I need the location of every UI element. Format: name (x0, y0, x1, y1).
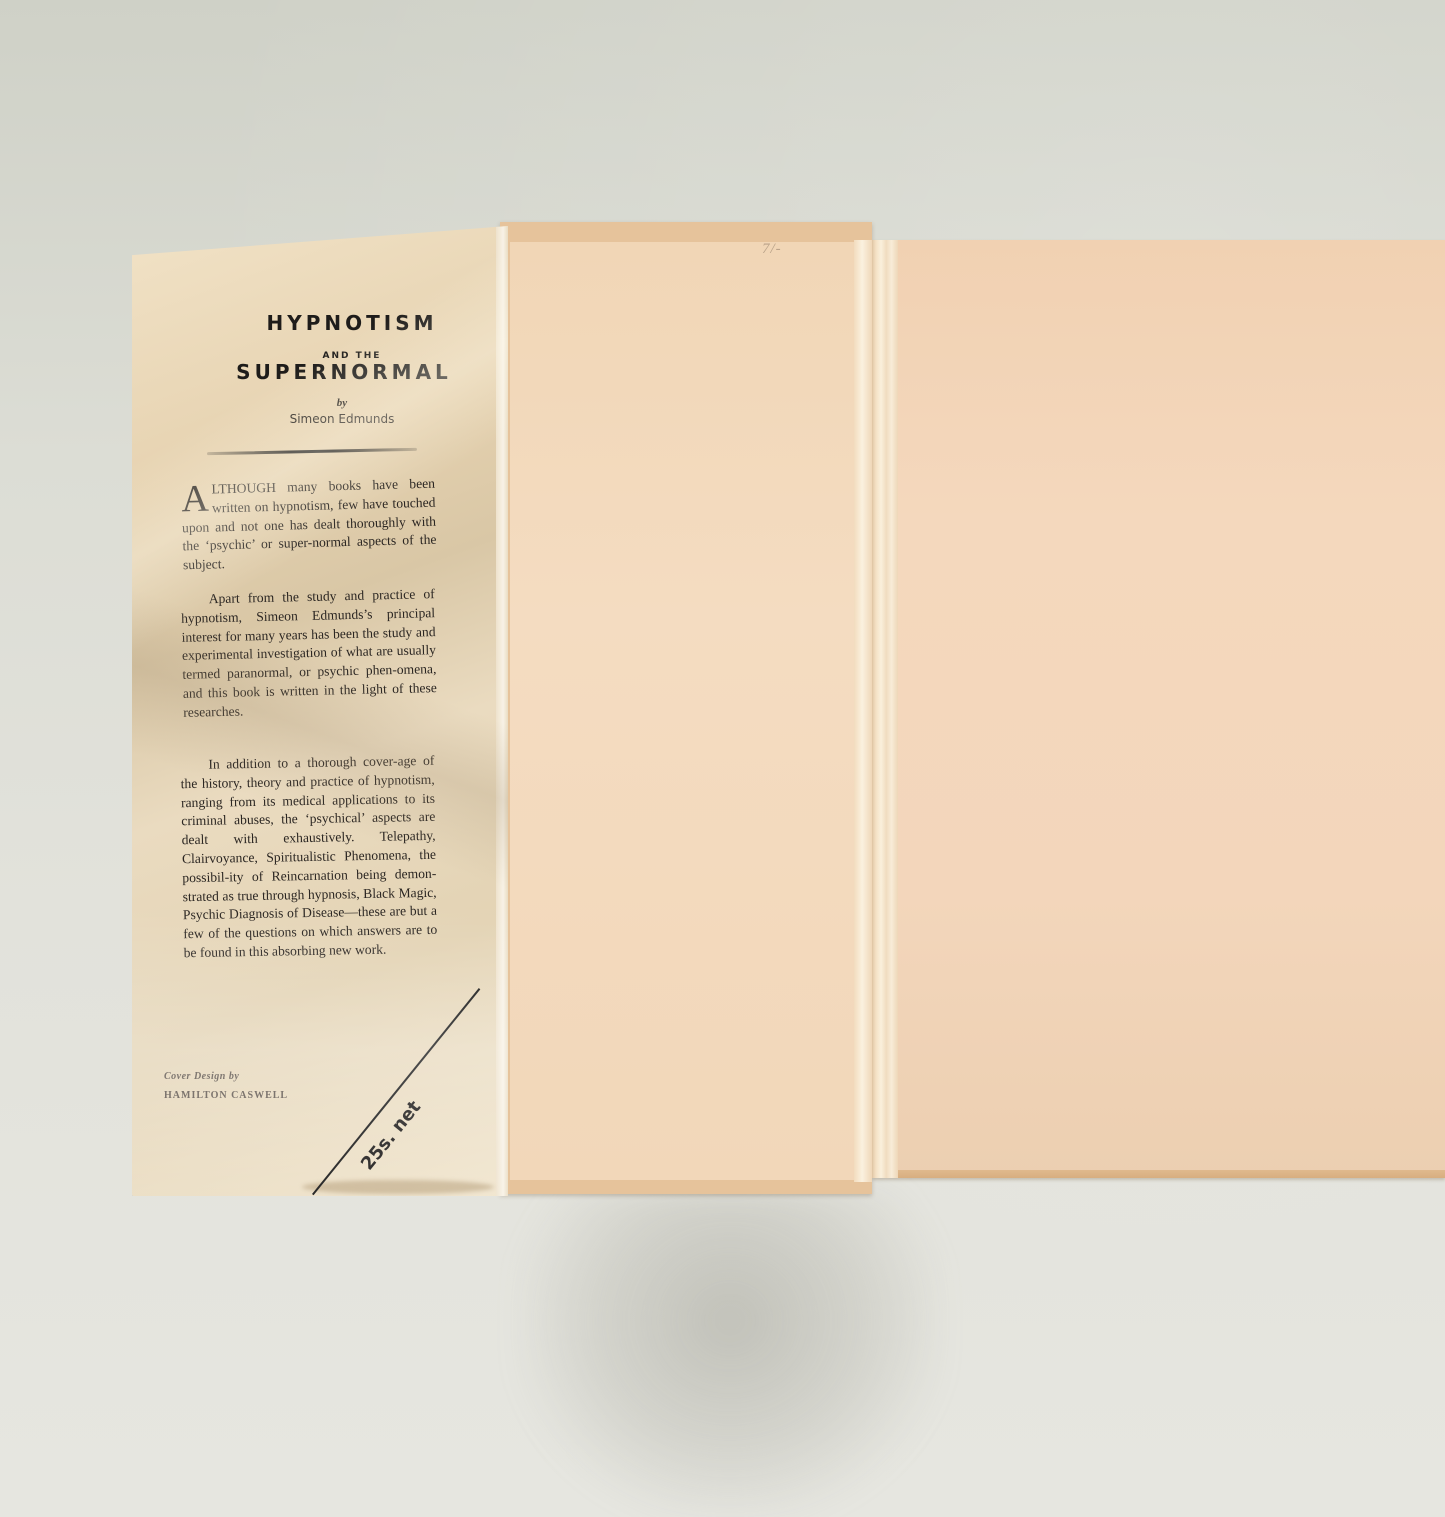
cover-design-label: Cover Design by (164, 1071, 239, 1082)
pastedown-page (510, 242, 858, 1180)
pastedown-fold (854, 240, 872, 1182)
price-label: 25s. net (357, 1097, 425, 1174)
free-endpaper (872, 240, 1445, 1178)
blurb-paragraph-3: In addition to a thorough cover-age of t… (180, 752, 438, 963)
blurb-paragraph-2: Apart from the study and practice of hyp… (181, 585, 438, 722)
front-pastedown (500, 222, 872, 1194)
blurb-paragraph-1: ALTHOUGH many books have been written on… (181, 475, 437, 576)
price-clip-line (312, 988, 480, 1195)
flap-shadow (302, 1180, 494, 1194)
by-label: by (192, 397, 492, 409)
blurb-text-3: In addition to a thorough cover-age of t… (180, 752, 438, 963)
blurb-text-2: Apart from the study and practice of hyp… (181, 585, 438, 722)
cover-designer: HAMILTON CASWELL (164, 1090, 288, 1101)
title-divider (207, 448, 417, 455)
flap-fold-edge (496, 226, 508, 1196)
hand-shadow (520, 1190, 940, 1517)
book-title-line3: SUPERNORMAL (194, 360, 494, 384)
dust-jacket-flap: HYPNOTISM AND THE SUPERNORMAL by Simeon … (132, 226, 508, 1196)
book-title-line1: HYPNOTISM (202, 311, 502, 335)
drop-cap: A (181, 483, 209, 516)
author-name: Simeon Edmunds (192, 412, 492, 426)
board-edge (898, 1170, 1445, 1178)
hinge (872, 240, 898, 1178)
pencil-note: 7/- (762, 241, 782, 258)
blurb-text-1: LTHOUGH many books have been written on … (182, 476, 437, 573)
